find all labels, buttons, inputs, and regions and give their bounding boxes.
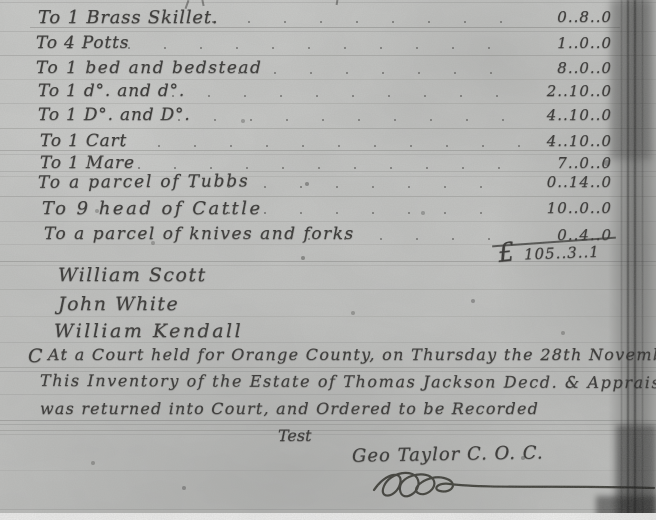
paper-grain-texture bbox=[0, 0, 656, 520]
scanned-document-page: To 1 Brass Skillet. 0..8..0 To 4 Potts 1… bbox=[0, 0, 656, 520]
